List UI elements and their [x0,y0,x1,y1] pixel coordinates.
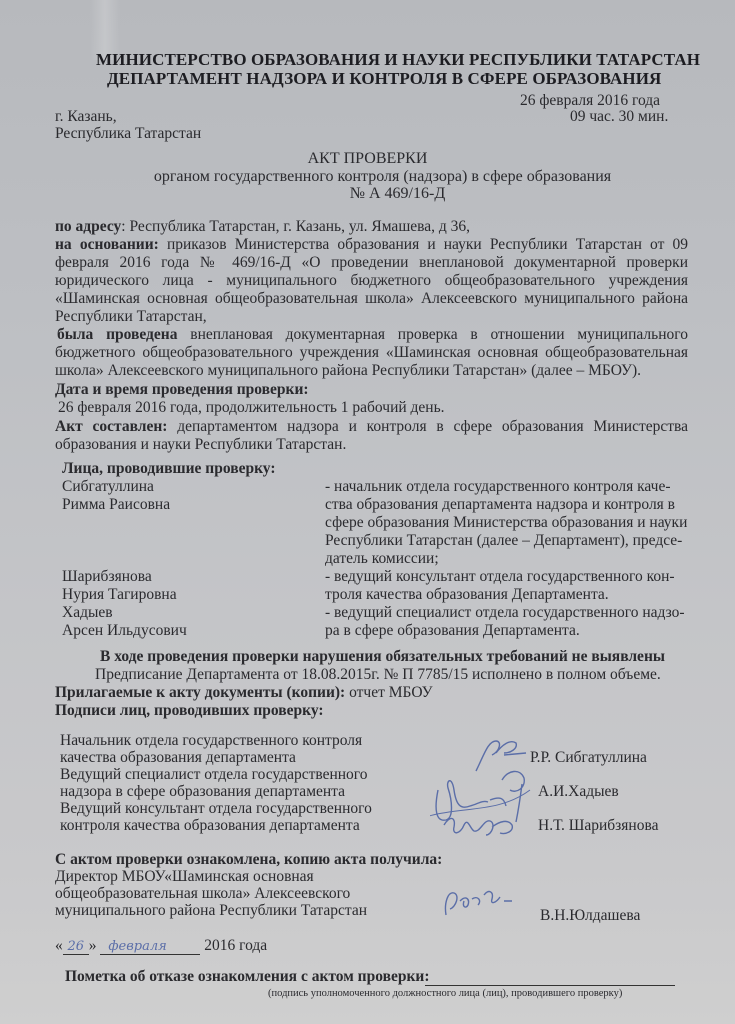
sig-3-name: Н.Т. Шарибзянова [538,817,658,835]
basis-line-1: на основании: приказов Министерства обра… [55,236,688,254]
act-time: 09 час. 30 мин. [570,108,668,126]
inspector-1-role-5: датель комиссии; [325,550,439,568]
inspector-1-role-2: ства образования департамента надзора и … [325,496,675,514]
basis-line-2: февраля 2016 года № 469/16-Д «О проведен… [55,254,688,272]
inspector-1-surname: Сибгатуллина [62,478,154,496]
address-value: : Республика Татарстан, г. Казань, ул. Я… [121,218,470,235]
conducted-line-3: школа» Алексеевского муниципального райо… [55,362,641,380]
refusal-caption: (подпись уполномоченного должностного ли… [268,988,622,999]
inspector-2-role-1: - ведущий консультант отдела государстве… [325,568,675,586]
sig-2-position-2: надзора в сфере образования департамента [60,783,345,801]
compiled-text: департаментом надзора и контроля в сфере… [177,418,688,435]
acknowledgement-label: С актом проверки ознакомлена, копию акта… [55,851,442,869]
compiled-line-1: Акт составлен: департаментом надзора и к… [55,418,688,436]
act-subtitle: органом государственного контроля (надзо… [0,168,735,186]
prescription: Предписание Департамента от 18.08.2015г.… [95,666,661,684]
signature-yuldasheva [440,885,520,920]
sig-2-name: А.И.Хадыев [538,783,619,801]
ack-date: «26» февраля 2016 года [55,937,267,955]
compiled-line-2: образования и науки Республики Татарстан… [55,436,346,454]
basis-line-3: юридического лица - муниципального бюдже… [55,272,688,290]
basis-line-4: «Шаминская основная общеобразовательная … [55,290,688,308]
department-heading: ДЕПАРТАМЕНТ НАДЗОРА И КОНТРОЛЯ В СФЕРЕ О… [107,69,661,89]
inspector-3-role-1: - ведущий специалист отдела государствен… [325,604,685,622]
sig-2-position-1: Ведущий специалист отдела государственно… [60,766,368,784]
inspector-1-role-1: - начальник отдела государственного конт… [325,478,671,496]
conducted-line-1: была проведена внеплановая документарная… [57,326,688,344]
address-label: по адресу [55,218,121,235]
inspector-2-name: Нурия Тагировна [62,586,177,604]
act-title: АКТ ПРОВЕРКИ [0,150,735,168]
basis-text: приказов Министерства образования и наук… [167,236,688,253]
ack-line-2: общеобразовательная школа» Алексеевского [55,885,350,903]
ack-line-1: Директор МБОУ«Шаминская основная [55,868,314,886]
sig-3-position-1: Ведущий консультант отдела государственн… [60,800,372,818]
inspectors-label: Лица, проводившие проверку: [62,460,276,478]
ack-date-year: 2016 года [204,937,267,954]
ministry-heading: МИНИСТЕРСТВО ОБРАЗОВАНИЯ И НАУКИ РЕСПУБЛ… [96,50,700,70]
refusal-label: Пометка об отказе ознакомления с актом п… [65,968,430,986]
no-violations: В ходе проведения проверки нарушения обя… [100,648,665,666]
attachments-value: отчет МБОУ [345,684,432,701]
inspector-1-role-4: Республики Татарстан (далее – Департамен… [325,532,682,550]
conducted-label: была проведена [57,326,177,343]
refusal-signature-line [425,985,675,986]
sig-1-name: Р.Р. Сибгатуллина [530,749,647,767]
datetime-value: 26 февраля 2016 года, продолжительность … [58,399,445,417]
compiled-label: Акт составлен: [55,418,167,435]
ack-date-day: 26 [63,939,89,955]
inspector-1-name: Римма Раисовна [62,496,170,514]
inspector-3-role-2: ра в сфере образования Департамента. [325,622,580,640]
signatures-label: Подписи лиц, проводивших проверку: [55,702,324,720]
inspector-3-name: Арсен Ильдусович [62,622,187,640]
conducted-line-2: бюджетного общеобразовательного учрежден… [55,344,688,362]
inspector-2-surname: Шарибзянова [62,568,152,586]
sig-3-position-2: контроля качества образования департамен… [60,817,360,835]
ack-line-3: муниципального района Республики Татарст… [55,902,367,920]
document-page: МИНИСТЕРСТВО ОБРАЗОВАНИЯ И НАУКИ РЕСПУБЛ… [0,0,735,1024]
act-number: № А 469/16-Д [0,185,735,203]
basis-label: на основании: [55,236,159,253]
address-line: по адресу: Республика Татарстан, г. Каза… [55,218,470,236]
director-name: В.Н.Юлдашева [540,907,640,925]
attachments-label: Прилагаемые к акту документы (копии): [55,684,345,701]
city: г. Казань, [55,108,117,126]
signature-sharibzyanova [440,805,530,845]
conducted-text: внеплановая документарная проверка в отн… [190,326,688,343]
inspector-3-surname: Хадыев [62,604,113,622]
datetime-label: Дата и время проведения проверки: [55,381,309,399]
ack-date-month: февраля [100,939,200,955]
region: Республика Татарстан [55,125,201,143]
basis-line-5: Республики Татарстан, [55,308,207,326]
inspector-1-role-3: сфере образования Министерства образован… [325,514,687,532]
sig-1-position-1: Начальник отдела государственного контро… [60,732,362,750]
inspector-2-role-2: троля качества образования Департамента. [325,586,609,604]
sig-1-position-2: качества образования департамента [60,749,296,767]
attachments: Прилагаемые к акту документы (копии): от… [55,684,433,702]
